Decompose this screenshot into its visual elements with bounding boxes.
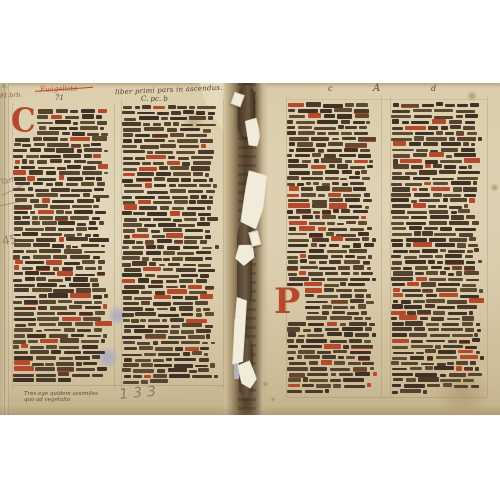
word-stroke — [436, 131, 443, 135]
word-stroke — [391, 198, 409, 202]
word-stroke — [182, 162, 190, 165]
word-stroke — [305, 390, 323, 394]
word-stroke — [27, 334, 47, 338]
word-stroke — [39, 300, 56, 304]
word-stroke — [350, 182, 363, 185]
word-stroke — [167, 289, 187, 294]
word-stroke — [135, 157, 145, 160]
word-stroke — [82, 260, 95, 264]
word-stroke — [345, 238, 361, 242]
word-stroke — [196, 251, 211, 255]
word-stroke — [172, 196, 188, 199]
word-stroke — [317, 120, 338, 124]
word-stroke — [457, 243, 466, 247]
word-stroke — [393, 164, 409, 168]
word-stroke — [287, 210, 293, 214]
word-stroke — [462, 316, 474, 320]
word-stroke — [306, 182, 311, 185]
word-stroke — [44, 329, 61, 332]
word-stroke — [142, 162, 151, 165]
word-stroke — [15, 198, 28, 202]
word-stroke — [317, 295, 338, 298]
word-stroke — [209, 196, 213, 199]
word-stroke — [288, 357, 293, 360]
text-line — [13, 164, 113, 170]
word-stroke — [392, 216, 409, 219]
word-stroke — [470, 103, 479, 106]
word-stroke — [93, 154, 101, 158]
word-stroke — [139, 116, 159, 120]
word-stroke — [38, 210, 54, 214]
word-stroke — [350, 278, 370, 281]
word-stroke — [287, 176, 299, 180]
word-stroke — [411, 121, 429, 124]
word-stroke — [419, 255, 433, 258]
word-stroke — [287, 256, 298, 259]
word-stroke — [392, 227, 406, 230]
word-stroke — [409, 226, 422, 230]
word-stroke — [123, 223, 142, 227]
word-stroke — [407, 282, 419, 286]
word-stroke — [366, 294, 371, 298]
word-stroke — [392, 187, 410, 191]
word-stroke — [328, 142, 343, 146]
word-stroke — [452, 334, 473, 337]
word-stroke — [349, 205, 362, 208]
word-stroke — [308, 113, 321, 117]
word-stroke — [288, 159, 299, 163]
word-stroke — [393, 300, 399, 303]
word-stroke — [205, 325, 213, 328]
word-stroke — [427, 384, 440, 387]
right-column-2 — [391, 102, 486, 394]
word-stroke — [407, 211, 427, 214]
word-stroke — [158, 353, 180, 356]
word-stroke — [195, 365, 207, 368]
word-stroke — [66, 245, 71, 248]
word-stroke — [13, 279, 22, 282]
word-stroke — [123, 381, 140, 384]
word-stroke — [32, 363, 44, 366]
word-stroke — [414, 193, 430, 196]
word-stroke — [58, 300, 72, 303]
word-stroke — [308, 323, 324, 326]
word-stroke — [297, 355, 302, 359]
word-stroke — [433, 164, 442, 168]
word-stroke — [65, 277, 71, 281]
word-stroke — [372, 238, 376, 241]
word-stroke — [332, 187, 352, 191]
word-stroke — [211, 342, 215, 345]
word-stroke — [415, 373, 437, 377]
word-stroke — [132, 246, 144, 249]
word-stroke — [288, 199, 309, 203]
text-line — [13, 282, 113, 288]
word-stroke — [392, 110, 410, 113]
word-stroke — [462, 284, 475, 287]
text-line — [391, 304, 486, 310]
word-stroke — [58, 221, 75, 225]
word-stroke — [331, 300, 348, 303]
word-stroke — [72, 246, 78, 249]
word-stroke — [157, 369, 165, 372]
word-stroke — [441, 142, 461, 146]
word-stroke — [442, 323, 460, 327]
text-line — [122, 104, 222, 110]
word-stroke — [85, 267, 96, 270]
word-stroke — [287, 120, 292, 124]
word-stroke — [15, 260, 24, 264]
word-stroke — [64, 262, 81, 265]
word-stroke — [288, 109, 295, 112]
word-stroke — [350, 299, 364, 303]
word-stroke — [474, 333, 478, 337]
word-stroke — [163, 251, 176, 255]
word-stroke — [405, 260, 426, 264]
word-stroke — [198, 213, 212, 216]
word-stroke — [145, 308, 154, 311]
word-stroke — [473, 181, 477, 185]
word-stroke — [454, 153, 476, 157]
word-stroke — [405, 321, 423, 325]
word-stroke — [185, 229, 203, 233]
word-stroke — [81, 340, 99, 343]
word-stroke — [426, 340, 444, 343]
word-stroke — [198, 368, 208, 372]
word-stroke — [449, 238, 468, 242]
word-stroke — [392, 172, 402, 175]
word-stroke — [322, 311, 329, 314]
word-stroke — [463, 187, 477, 191]
text-line — [391, 343, 486, 349]
word-stroke — [186, 319, 206, 323]
word-stroke — [155, 330, 167, 333]
word-stroke — [173, 172, 191, 176]
word-stroke — [429, 221, 447, 225]
word-stroke — [319, 261, 327, 264]
word-stroke — [472, 221, 480, 225]
word-stroke — [416, 352, 423, 355]
word-stroke — [22, 267, 33, 270]
word-stroke — [338, 216, 358, 219]
text-line — [391, 388, 486, 394]
word-stroke — [288, 164, 308, 168]
word-stroke — [34, 204, 48, 208]
word-stroke — [15, 324, 26, 327]
word-stroke — [58, 378, 71, 382]
word-stroke — [438, 205, 448, 208]
word-stroke — [92, 288, 105, 292]
word-stroke — [62, 267, 73, 271]
word-stroke — [153, 162, 164, 165]
word-stroke — [24, 300, 37, 304]
word-stroke — [179, 306, 193, 310]
word-stroke — [307, 373, 328, 376]
word-stroke — [64, 351, 81, 354]
word-stroke — [132, 261, 146, 265]
word-stroke — [337, 164, 348, 168]
word-stroke — [201, 195, 208, 199]
word-stroke — [404, 305, 421, 309]
word-stroke — [464, 194, 477, 197]
word-stroke — [391, 183, 402, 186]
word-stroke — [305, 306, 320, 309]
word-stroke — [438, 350, 456, 354]
word-stroke — [145, 274, 155, 277]
word-stroke — [124, 375, 131, 378]
word-stroke — [147, 151, 153, 154]
word-stroke — [72, 374, 91, 377]
word-stroke — [406, 378, 416, 382]
word-stroke — [148, 319, 160, 322]
word-stroke — [174, 200, 187, 204]
word-stroke — [44, 148, 54, 152]
word-stroke — [22, 159, 27, 163]
word-stroke — [440, 249, 445, 252]
word-stroke — [478, 137, 482, 141]
word-stroke — [207, 217, 218, 221]
word-stroke — [123, 162, 140, 165]
text-line — [122, 306, 222, 312]
word-stroke — [393, 103, 399, 107]
word-stroke — [326, 232, 334, 236]
word-stroke — [94, 301, 103, 304]
word-stroke — [367, 267, 371, 270]
word-stroke — [344, 148, 358, 151]
word-stroke — [393, 141, 407, 145]
word-stroke — [447, 362, 454, 365]
word-stroke — [342, 137, 356, 140]
word-stroke — [92, 283, 99, 287]
word-stroke — [411, 216, 427, 219]
word-stroke — [426, 323, 439, 326]
word-stroke — [370, 367, 374, 370]
word-stroke — [13, 378, 34, 382]
left-column-1 — [13, 108, 113, 383]
word-stroke — [459, 340, 469, 343]
word-stroke — [137, 112, 155, 115]
word-stroke — [465, 121, 475, 124]
word-stroke — [318, 149, 325, 152]
word-stroke — [300, 259, 307, 263]
word-stroke — [52, 200, 73, 203]
word-stroke — [134, 329, 152, 333]
word-stroke — [135, 312, 156, 316]
word-stroke — [59, 237, 64, 242]
word-stroke — [296, 339, 304, 343]
word-stroke — [348, 283, 365, 286]
word-stroke — [205, 230, 210, 233]
word-stroke — [33, 255, 51, 259]
word-stroke — [463, 379, 474, 382]
word-stroke — [301, 177, 323, 180]
word-stroke — [152, 134, 168, 137]
word-stroke — [38, 109, 53, 113]
word-stroke — [343, 345, 349, 348]
word-stroke — [57, 312, 77, 315]
word-stroke — [354, 132, 368, 135]
word-stroke — [197, 106, 216, 109]
word-stroke — [173, 302, 193, 305]
word-stroke — [313, 211, 320, 214]
word-stroke — [392, 373, 412, 376]
word-stroke — [168, 336, 186, 339]
word-stroke — [33, 137, 42, 140]
word-stroke — [72, 132, 85, 135]
word-stroke — [288, 233, 307, 236]
word-stroke — [409, 142, 421, 146]
word-stroke — [189, 200, 195, 204]
word-stroke — [341, 272, 350, 275]
word-stroke — [36, 277, 46, 281]
word-stroke — [460, 355, 478, 359]
word-stroke — [15, 296, 37, 299]
word-stroke — [355, 171, 360, 174]
word-stroke — [456, 361, 468, 365]
word-stroke — [392, 149, 413, 152]
word-stroke — [142, 105, 151, 109]
word-stroke — [168, 263, 181, 267]
word-stroke — [327, 332, 341, 336]
word-stroke — [144, 224, 156, 227]
word-stroke — [77, 149, 82, 152]
word-stroke — [349, 339, 362, 343]
word-stroke — [345, 103, 354, 107]
word-stroke — [26, 250, 37, 253]
word-stroke — [157, 308, 168, 311]
word-stroke — [189, 116, 206, 120]
word-stroke — [103, 304, 107, 309]
word-stroke — [87, 133, 98, 136]
word-stroke — [152, 258, 162, 261]
word-stroke — [316, 186, 330, 190]
word-stroke — [135, 106, 140, 109]
word-stroke — [124, 190, 144, 193]
word-stroke — [392, 261, 403, 265]
word-stroke — [368, 255, 372, 259]
word-stroke — [354, 289, 367, 292]
word-stroke — [142, 257, 149, 261]
word-stroke — [429, 278, 445, 282]
word-stroke — [169, 374, 191, 378]
word-stroke — [426, 299, 444, 302]
word-stroke — [81, 244, 99, 247]
word-stroke — [457, 104, 469, 107]
word-stroke — [14, 312, 34, 315]
word-stroke — [420, 317, 428, 320]
word-stroke — [67, 165, 81, 169]
word-stroke — [90, 278, 98, 282]
word-stroke — [152, 235, 164, 238]
word-stroke — [288, 273, 297, 276]
word-stroke — [445, 260, 464, 264]
word-stroke — [308, 272, 322, 275]
word-stroke — [357, 256, 366, 259]
word-stroke — [310, 367, 327, 371]
word-stroke — [138, 200, 151, 205]
word-stroke — [215, 245, 219, 249]
word-stroke — [146, 155, 166, 160]
word-stroke — [460, 288, 477, 292]
word-stroke — [182, 323, 202, 327]
word-stroke — [355, 294, 364, 298]
word-stroke — [405, 294, 423, 298]
word-stroke — [456, 271, 462, 275]
word-stroke — [122, 145, 137, 148]
word-stroke — [55, 120, 71, 124]
word-stroke — [153, 374, 167, 378]
word-stroke — [287, 194, 298, 198]
word-stroke — [14, 166, 19, 169]
word-stroke — [143, 267, 160, 271]
word-stroke — [65, 116, 79, 120]
word-stroke — [89, 221, 96, 225]
text-line — [287, 102, 380, 108]
word-stroke — [331, 255, 343, 258]
word-stroke — [170, 330, 179, 334]
word-stroke — [208, 112, 214, 115]
word-stroke — [36, 238, 57, 242]
word-stroke — [93, 295, 102, 298]
word-stroke — [311, 278, 325, 281]
text-line — [287, 366, 380, 372]
word-stroke — [392, 333, 407, 337]
word-stroke — [358, 232, 369, 235]
word-stroke — [141, 291, 152, 295]
word-stroke — [463, 142, 469, 146]
word-stroke — [177, 106, 187, 109]
word-stroke — [14, 221, 31, 225]
word-stroke — [422, 249, 438, 253]
word-stroke — [345, 160, 352, 164]
word-stroke — [362, 362, 374, 366]
word-stroke — [170, 211, 180, 216]
word-stroke — [300, 266, 318, 269]
word-stroke — [204, 353, 208, 356]
word-stroke — [176, 151, 195, 155]
word-stroke — [359, 126, 367, 130]
word-stroke — [30, 211, 35, 214]
word-stroke — [144, 139, 165, 142]
word-stroke — [14, 307, 36, 310]
word-stroke — [295, 154, 310, 157]
word-stroke — [307, 334, 324, 338]
word-stroke — [97, 121, 107, 125]
word-stroke — [367, 165, 373, 168]
word-stroke — [322, 210, 331, 213]
word-stroke — [98, 109, 107, 114]
word-stroke — [93, 234, 99, 237]
word-stroke — [25, 277, 35, 281]
word-stroke — [333, 209, 339, 213]
word-stroke — [170, 318, 184, 322]
word-stroke — [97, 182, 106, 186]
word-stroke — [419, 188, 428, 191]
word-stroke — [184, 236, 203, 239]
word-stroke — [441, 328, 462, 331]
word-stroke — [400, 389, 421, 392]
word-stroke — [287, 390, 302, 393]
word-stroke — [123, 133, 133, 137]
word-stroke — [435, 345, 440, 349]
word-stroke — [329, 203, 347, 208]
word-stroke — [448, 250, 465, 253]
word-stroke — [454, 385, 469, 388]
word-stroke — [197, 222, 210, 226]
word-stroke — [411, 340, 423, 343]
word-stroke — [124, 347, 137, 350]
word-stroke — [59, 285, 66, 288]
